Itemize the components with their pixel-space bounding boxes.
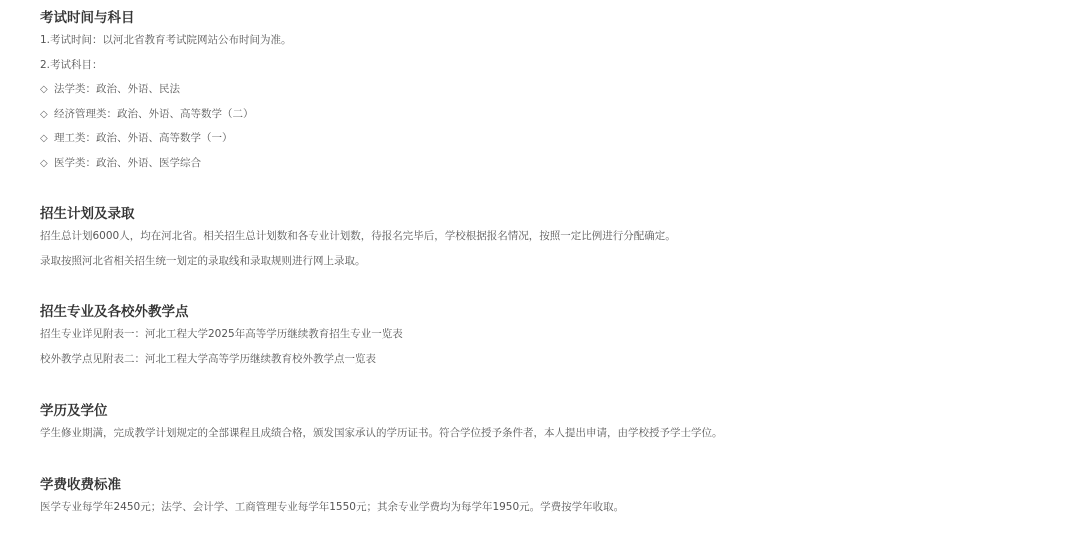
section-exam-time-subjects: 考试时间与科目 1.考试时间：以河北省教育考试院网站公布时间为准。 2.考试科目… [40, 8, 292, 175]
section-heading: 招生计划及录取 [40, 204, 676, 224]
section-tuition: 学费收费标准 医学专业每学年2450元；法学、会计学、工商管理专业每学年1550… [40, 475, 624, 520]
diamond-bullet-icon: ◇ [40, 103, 54, 128]
text-line: 招生专业详见附表一：河北工程大学2025年高等学历继续教育招生专业一览表 [40, 322, 403, 347]
text-line: 学生修业期满，完成教学计划规定的全部课程且成绩合格，颁发国家承认的学历证书。符合… [40, 421, 723, 446]
diamond-bullet-icon: ◇ [40, 152, 54, 177]
list-item: ◇理工类：政治、外语、高等数学（一） [40, 126, 292, 151]
section-degree: 学历及学位 学生修业期满，完成教学计划规定的全部课程且成绩合格，颁发国家承认的学… [40, 401, 723, 446]
text-line: 1.考试时间：以河北省教育考试院网站公布时间为准。 [40, 28, 292, 53]
section-majors-and-sites: 招生专业及各校外教学点 招生专业详见附表一：河北工程大学2025年高等学历继续教… [40, 302, 403, 371]
text-line: 校外教学点见附表二：河北工程大学高等学历继续教育校外教学点一览表 [40, 347, 403, 372]
list-item: ◇医学类：政治、外语、医学综合 [40, 151, 292, 176]
diamond-bullet-icon: ◇ [40, 78, 54, 103]
list-item-text: 法学类：政治、外语、民法 [54, 83, 180, 95]
text-line: 医学专业每学年2450元；法学、会计学、工商管理专业每学年1550元；其余专业学… [40, 495, 624, 520]
section-heading: 考试时间与科目 [40, 8, 292, 28]
text-line: 招生总计划6000人，均在河北省。相关招生总计划数和各专业计划数，待报名完毕后，… [40, 224, 676, 249]
text-line: 2.考试科目： [40, 53, 292, 78]
list-item-text: 理工类：政治、外语、高等数学（一） [54, 132, 233, 144]
section-enrollment-plan: 招生计划及录取 招生总计划6000人，均在河北省。相关招生总计划数和各专业计划数… [40, 204, 676, 273]
list-item: ◇法学类：政治、外语、民法 [40, 77, 292, 102]
diamond-bullet-icon: ◇ [40, 127, 54, 152]
text-line: 录取按照河北省相关招生统一划定的录取线和录取规则进行网上录取。 [40, 249, 676, 274]
section-heading: 招生专业及各校外教学点 [40, 302, 403, 322]
section-heading: 学历及学位 [40, 401, 723, 421]
list-item: ◇经济管理类：政治、外语、高等数学（二） [40, 102, 292, 127]
section-heading: 学费收费标准 [40, 475, 624, 495]
list-item-text: 医学类：政治、外语、医学综合 [54, 157, 201, 169]
list-item-text: 经济管理类：政治、外语、高等数学（二） [54, 108, 254, 120]
